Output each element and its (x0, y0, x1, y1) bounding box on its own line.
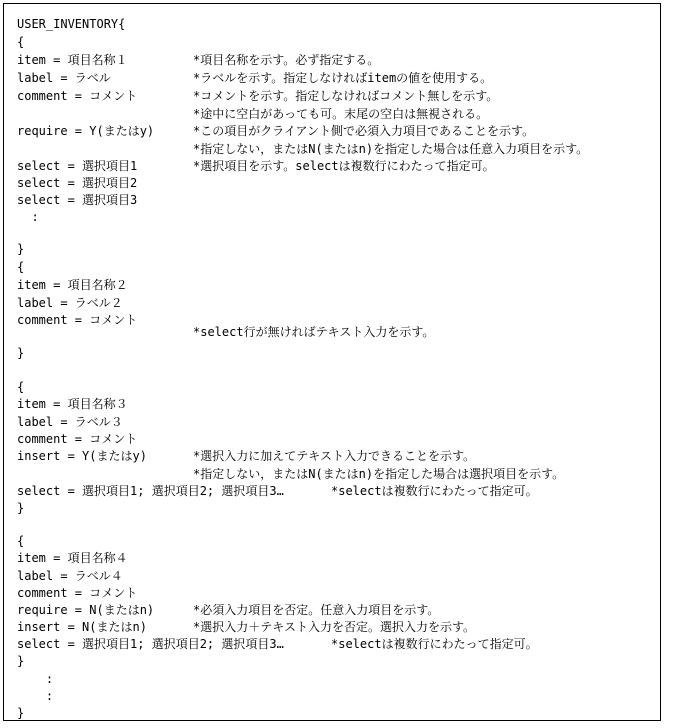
comment-note: *コメントを示す。指定しなければコメント無しを示す。 (193, 87, 498, 105)
code-text: { (17, 258, 24, 276)
code-text: label = ラベル２ (17, 294, 123, 312)
comment-note: *select行が無ければテキスト入力を示す。 (193, 323, 434, 341)
comment-note: *selectは複数行にわたって指定可。 (331, 635, 538, 653)
code-text: : (17, 670, 53, 688)
code-text: label = ラベル (17, 69, 111, 87)
comment-note: *指定しない，またはN(またはn)を指定した場合は任意入力項目を示す。 (193, 140, 588, 158)
code-text: insert = Y(またはy) (17, 447, 147, 465)
code-text: require = Y(またはy) (17, 122, 154, 140)
code-text: select = 選択項目1; 選択項目2; 選択項目3… (17, 482, 284, 500)
code-text: } (17, 652, 24, 670)
comment-note: *項目名称を示す。必ず指定する。 (193, 51, 379, 69)
code-text: } (17, 704, 24, 722)
comment-note: *途中に空白があっても可。末尾の空白は無視される。 (193, 105, 488, 123)
code-text: item = 項目名称２ (17, 276, 128, 294)
code-text: item = 項目名称１ (17, 51, 128, 69)
code-text: item = 項目名称４ (17, 549, 128, 567)
code-text: USER_INVENTORY{ (17, 15, 125, 33)
code-text: { (17, 33, 24, 51)
code-text: comment = コメント (17, 584, 137, 602)
code-text: comment = コメント (17, 311, 137, 329)
code-text: comment = コメント (17, 87, 137, 105)
code-text: select = 選択項目3 (17, 191, 137, 209)
comment-note: *必須入力項目を否定。任意入力項目を示す。 (193, 601, 439, 619)
code-text: { (17, 378, 24, 396)
comment-note: *この項目がクライアント側で必須入力項目であることを示す。 (193, 122, 534, 140)
code-text: { (17, 532, 24, 550)
code-text: : (17, 687, 53, 705)
code-text: select = 選択項目1 (17, 157, 137, 175)
code-text: } (17, 499, 24, 517)
code-text: label = ラベル４ (17, 567, 123, 585)
comment-note: *指定しない，またはN(またはn)を指定した場合は選択項目を示す。 (193, 465, 564, 483)
comment-note: *selectは複数行にわたって指定可。 (331, 482, 538, 500)
code-text: select = 選択項目2 (17, 174, 137, 192)
code-text: item = 項目名称３ (17, 395, 128, 413)
code-text: : (17, 208, 39, 226)
code-text: select = 選択項目1; 選択項目2; 選択項目3… (17, 635, 284, 653)
code-text: require = N(またはn) (17, 601, 154, 619)
comment-note: *ラベルを示す。指定しなければitemの値を使用する。 (193, 69, 492, 87)
comment-note: *選択項目を示す。selectは複数行にわたって指定可。 (193, 157, 495, 175)
comment-note: *選択入力＋テキスト入力を否定。選択入力を示す。 (193, 618, 475, 636)
code-text: } (17, 240, 24, 258)
comment-note: *選択入力に加えてテキスト入力できることを示す。 (193, 447, 475, 465)
code-text: insert = N(またはn) (17, 618, 147, 636)
code-text: } (17, 344, 24, 362)
code-text: label = ラベル３ (17, 413, 123, 431)
code-text: comment = コメント (17, 430, 137, 448)
